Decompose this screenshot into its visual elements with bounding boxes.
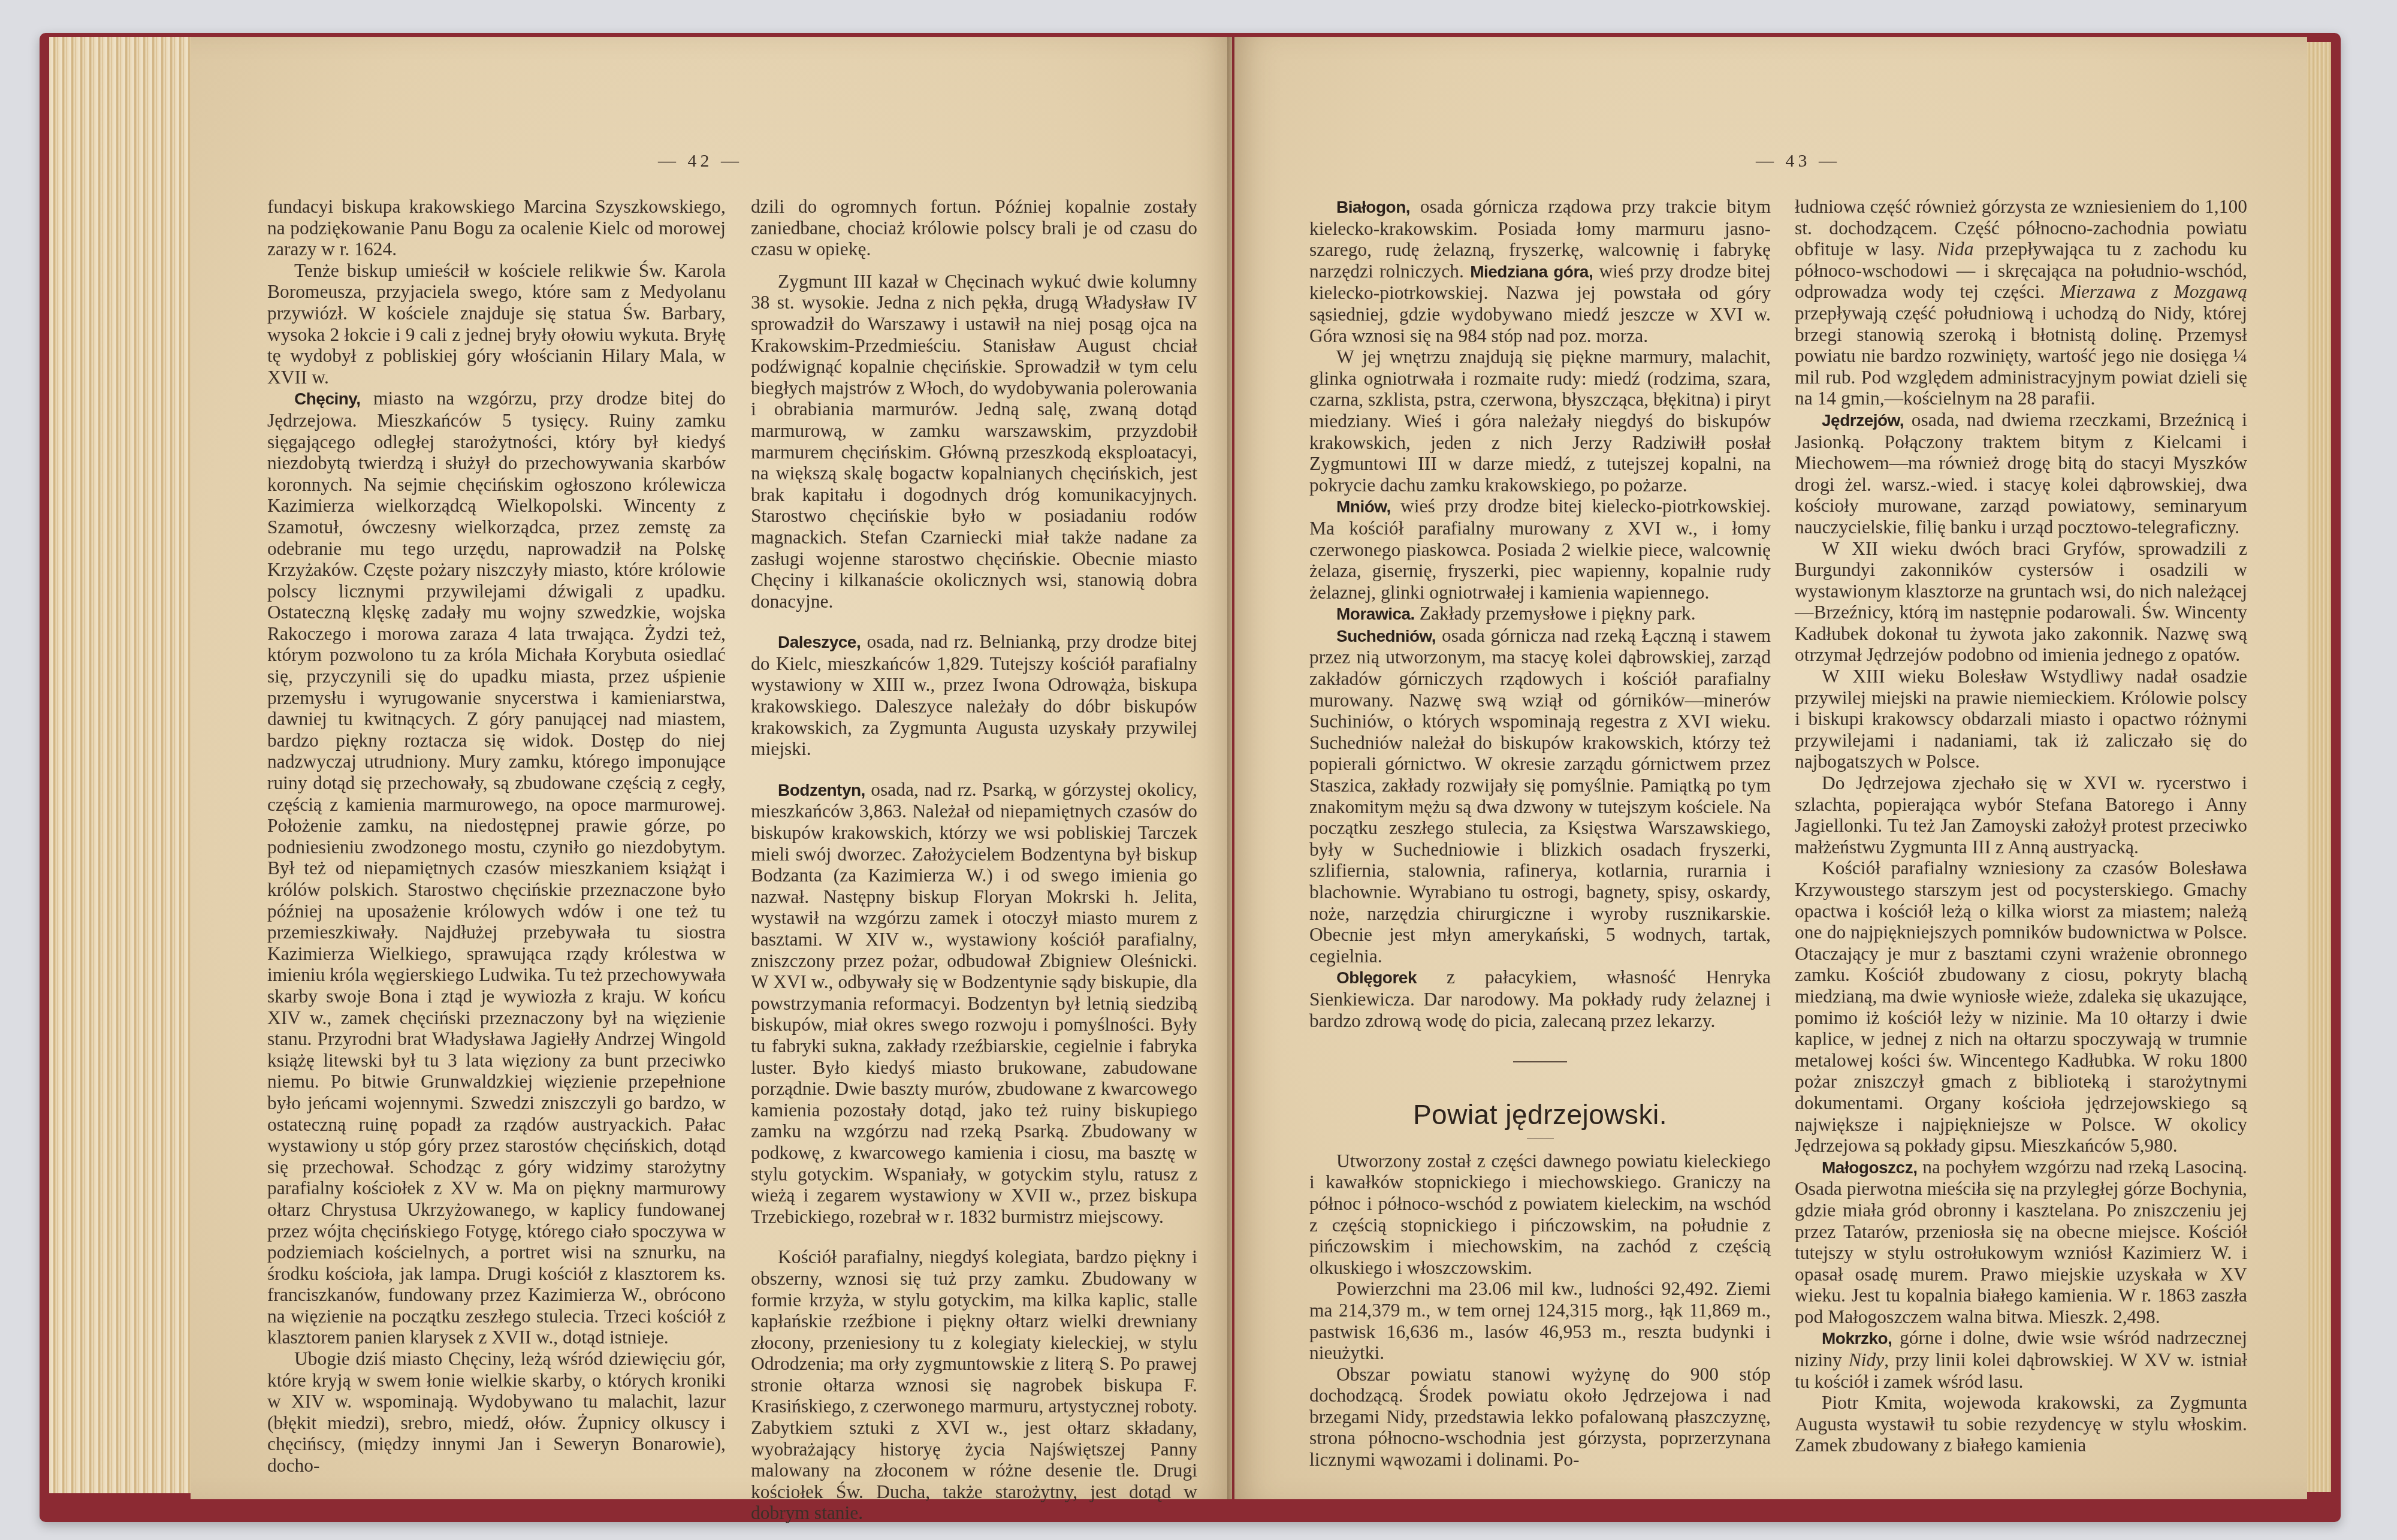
paragraph: łudniowa część również górzysta ze wznie… bbox=[1795, 196, 2247, 409]
left-page: — 42 — fundacyi biskupa krakowskiego Mar… bbox=[191, 37, 1232, 1499]
entry-heading: Bodzentyn, bbox=[778, 781, 865, 799]
entry-heading: Białogon, bbox=[1336, 198, 1410, 216]
entry-checiny: Chęciny, miasto na wzgórzu, przy drodze … bbox=[267, 388, 726, 1348]
title-underline bbox=[1527, 1138, 1554, 1139]
entry-heading: Mokrzko, bbox=[1822, 1329, 1892, 1348]
entry-daleszyce: Daleszyce, osada, nad rz. Belnianką, prz… bbox=[751, 631, 1197, 760]
river-name: Mierzawa z Mozgawą bbox=[2060, 281, 2247, 302]
paragraph: Do Jędrzejowa zjechało się w XVI w. ryce… bbox=[1795, 772, 2247, 857]
paragraph: W XII wieku dwóch braci Gryfów, sprowadz… bbox=[1795, 538, 2247, 666]
right-page: — 43 — Białogon, osada górnicza rządowa … bbox=[1234, 37, 2307, 1499]
entry-heading: Jędrzejów, bbox=[1822, 411, 1904, 430]
paragraph: W jej wnętrzu znajdują się piękne marmur… bbox=[1309, 346, 1771, 496]
paragraph: Kościół parafialny wzniesiony za czasów … bbox=[1795, 857, 2247, 1156]
left-column-1: fundacyi biskupa krakowskiego Marcina Sz… bbox=[267, 196, 726, 1476]
entry-morawica: Morawica. Zakłady przemysłowe i piękny p… bbox=[1309, 603, 1771, 625]
right-column-2: łudniowa część również górzysta ze wznie… bbox=[1795, 196, 2247, 1456]
entry-oblegorek: Oblęgorek z pałacykiem, własność Henryka… bbox=[1309, 967, 1771, 1031]
paragraph: fundacyi biskupa krakowskiego Marcina Sz… bbox=[267, 196, 726, 260]
right-column-1: Białogon, osada górnicza rządowa przy tr… bbox=[1309, 196, 1771, 1470]
page-edges-right bbox=[2307, 42, 2331, 1492]
paragraph: Obszar powiatu stanowi wyżynę do 900 stó… bbox=[1309, 1364, 1771, 1470]
entry-heading: Miedziana góra, bbox=[1470, 262, 1593, 281]
entry-mokrzko: Mokrzko, górne i dolne, dwie wsie wśród … bbox=[1795, 1327, 2247, 1392]
entry-mniow: Mniów, wieś przy drodze bitej kielecko-p… bbox=[1309, 496, 1771, 603]
entry-suchedniow: Suchedniów, osada górnicza nad rzeką Łąc… bbox=[1309, 625, 1771, 967]
paragraph: W XIII wieku Bolesław Wstydliwy nadał os… bbox=[1795, 666, 2247, 772]
entry-jedrzejow: Jędrzejów, osada, nad dwiema rzeczkami, … bbox=[1795, 409, 2247, 538]
paragraph: Kościół parafialny, niegdyś kolegiata, b… bbox=[751, 1246, 1197, 1524]
left-column-2: dzili do ogromnych fortun. Później kopal… bbox=[751, 196, 1197, 1524]
entry-heading: Chęciny, bbox=[294, 389, 361, 408]
entry-heading: Daleszyce, bbox=[778, 633, 861, 651]
entry-bialogon: Białogon, osada górnicza rządowa przy tr… bbox=[1309, 196, 1771, 346]
paragraph: Piotr Kmita, wojewoda krakowski, za Zygm… bbox=[1795, 1392, 2247, 1456]
page-number: — 42 — bbox=[658, 151, 742, 171]
entry-heading: Morawica. bbox=[1336, 605, 1415, 623]
paragraph: Zygmunt III kazał w Chęcinach wykuć dwie… bbox=[751, 271, 1197, 612]
entry-malogoszcz: Małogoszcz, na pochyłem wzgórzu nad rzek… bbox=[1795, 1156, 2247, 1328]
river-name: Nidy bbox=[1849, 1349, 1885, 1370]
entry-heading: Oblęgorek bbox=[1336, 968, 1417, 987]
paragraph: Ubogie dziś miasto Chęciny, leżą wśród d… bbox=[267, 1348, 726, 1476]
entry-heading: Mniów, bbox=[1336, 497, 1391, 516]
page-number: — 43 — bbox=[1756, 151, 1840, 171]
entry-heading: Suchedniów, bbox=[1336, 627, 1436, 645]
entry-bodzentyn: Bodzentyn, osada, nad rz. Psarką, w górz… bbox=[751, 779, 1197, 1227]
paragraph: Tenże biskup umieścił w kościele relikwi… bbox=[267, 260, 726, 388]
page-edges-left bbox=[49, 37, 193, 1493]
section-title: Powiat jędrzejowski. bbox=[1309, 1104, 1771, 1126]
river-name: Nida bbox=[1937, 238, 1973, 259]
paragraph: Utworzony został z części dawnego powiat… bbox=[1309, 1151, 1771, 1279]
paragraph: Powierzchni ma 23.06 mil kw., ludności 9… bbox=[1309, 1278, 1771, 1363]
paragraph: dzili do ogromnych fortun. Później kopal… bbox=[751, 196, 1197, 260]
entry-heading: Małogoszcz, bbox=[1822, 1158, 1917, 1177]
section-divider bbox=[1513, 1061, 1567, 1062]
